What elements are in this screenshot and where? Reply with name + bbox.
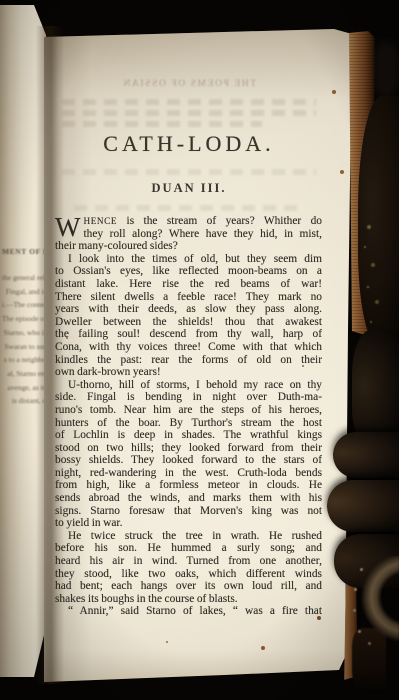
paragraph: U-thorno, hill of storms, I behold my ra…	[55, 379, 322, 530]
text-line: night, red-wandering in the west. Cruth-…	[55, 467, 322, 480]
bronze-figure-upper	[358, 96, 399, 344]
text-line: signs. Starno foresaw that Morven's king…	[55, 505, 322, 518]
text-line: bossy shields. They looked forward to th…	[55, 454, 322, 467]
background-shadow	[374, 42, 399, 97]
showthrough-line	[62, 169, 316, 175]
body-text: WHENCE is the stream of years? Whither d…	[55, 215, 322, 618]
right-page: THE POEMS OF OSSIAN CATH-LODA. DUAN III.…	[44, 29, 357, 684]
text-line: sends abroad the winds, and marks them w…	[55, 492, 322, 505]
paragraph: “ Annir,” said Starno of lakes, “ was a …	[55, 605, 322, 618]
text-line: own dark-brown years!	[55, 366, 322, 379]
text-line: from high, like a formless meteor in clo…	[55, 479, 322, 492]
showthrough-line	[74, 205, 304, 211]
text-line: side. Fingal is bending in night over Du…	[55, 391, 322, 404]
text-line: before his son. He hummed a surly song; …	[55, 542, 322, 555]
studded-metal-ring	[352, 556, 399, 648]
text-line: to Ossian's eyes, like reflected moon-be…	[55, 265, 322, 278]
paragraph: I look into the times of old, but they s…	[55, 253, 322, 379]
bronze-finger	[333, 432, 399, 478]
page-title: CATH-LODA.	[56, 131, 322, 157]
text-line: had bent; each hangs over its own loud r…	[55, 580, 322, 593]
text-line: Cona, with thy voices three! Come with t…	[55, 341, 322, 354]
bronze-finger	[327, 480, 399, 532]
text-line: stood on two hills; they looked forward …	[55, 442, 322, 455]
text-line: their many-coloured sides?	[55, 240, 322, 253]
drop-cap: W	[55, 215, 83, 238]
text-line: I look into the times of old, but they s…	[55, 253, 322, 266]
text-line: hunters of the boar. By Turthor's stream…	[55, 417, 322, 430]
paragraph: WHENCE is the stream of years? Whither d…	[55, 215, 322, 253]
showthrough-line	[62, 121, 262, 127]
text-line: shakes its boughs in the course of blast…	[55, 593, 322, 606]
small-caps-word: HENCE	[83, 216, 117, 226]
showthrough-line	[62, 99, 316, 105]
text-line: Dweller between the shields! thou that a…	[55, 316, 322, 329]
page-subtitle: DUAN III.	[56, 181, 322, 196]
text-line: There silent dwells a feeble race! They …	[55, 291, 322, 304]
text-line: they stood, like two oaks, which differe…	[55, 568, 322, 581]
text-line: years with their deeds, as slow they pas…	[55, 303, 322, 316]
bronze-figure-middle	[352, 330, 399, 442]
text-line: of Lochlin is deep in shades. The wrathf…	[55, 429, 322, 442]
text-line: U-thorno, hill of storms, I behold my ra…	[55, 379, 322, 392]
text-line: He twice struck the tree in wrath. He ru…	[55, 530, 322, 543]
text-line: the failing soul! descend from thy wall,…	[55, 328, 322, 341]
text-line: heard his air in wind. Turned from one a…	[55, 555, 322, 568]
text-line: HENCE is the stream of years? Whither do	[83, 215, 322, 228]
paragraph: He twice struck the tree in wrath. He ru…	[55, 530, 322, 606]
text-line: distant lake. Here rise the red beams of…	[55, 278, 322, 291]
foxing-specks	[44, 29, 46, 31]
text-line: to yield in war.	[55, 517, 322, 530]
showthrough-line	[62, 110, 316, 116]
showthrough-running-header: THE POEMS OF OSSIAN	[56, 79, 322, 89]
text-line: kindles the past: rear the forms of old …	[55, 354, 322, 367]
text-line: they roll along? Where have they hid, in…	[83, 228, 322, 241]
text-line: runo's tomb. Near him are the steps of h…	[55, 404, 322, 417]
text-line: “ Annir,” said Starno of lakes, “ was a …	[55, 605, 322, 618]
